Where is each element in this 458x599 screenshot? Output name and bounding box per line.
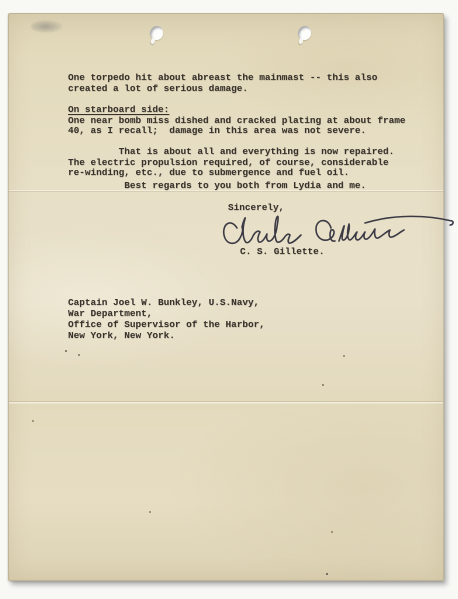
signature-stroke-last-name [316, 216, 453, 241]
body-line: re-winding, etc., due to submergence and… [68, 168, 349, 179]
punch-hole-left [150, 26, 163, 40]
recipient-line: Captain Joel W. Bunkley, U.S.Navy, [68, 298, 259, 309]
paper-speck [326, 573, 328, 575]
body-line: created a lot of serious damage. [68, 84, 248, 95]
letter-paper: One torpedo hit about abreast the mainma… [8, 13, 444, 581]
paper-speck [322, 384, 324, 386]
paper-speck [78, 354, 80, 356]
recipient-line: War Department, [68, 309, 152, 320]
paper-speck [149, 511, 151, 513]
body-line: Best regards to you both from Lydia and … [68, 181, 366, 192]
paper-speck [343, 355, 345, 357]
recipient-line: New York, New York. [68, 331, 175, 342]
signature-stroke-first-name [224, 216, 301, 243]
paper-speck [331, 531, 333, 533]
fold-crease-lower [9, 401, 443, 404]
punch-hole-right [298, 26, 311, 40]
section-heading: On starboard side: [68, 105, 169, 116]
paper-speck [32, 420, 34, 422]
body-line: That is about all and everything is now … [68, 147, 394, 158]
body-line: One torpedo hit about abreast the mainma… [68, 73, 377, 84]
typed-signature-name: C. S. Gillette. [240, 247, 324, 258]
pencil-smudge [31, 20, 63, 33]
paper-speck [65, 350, 67, 352]
recipient-line: Office of Supervisor of the Harbor, [68, 320, 265, 331]
scanned-letter-photo: One torpedo hit about abreast the mainma… [0, 0, 458, 599]
body-line: 40, as I recall; damage in this area was… [68, 126, 366, 137]
